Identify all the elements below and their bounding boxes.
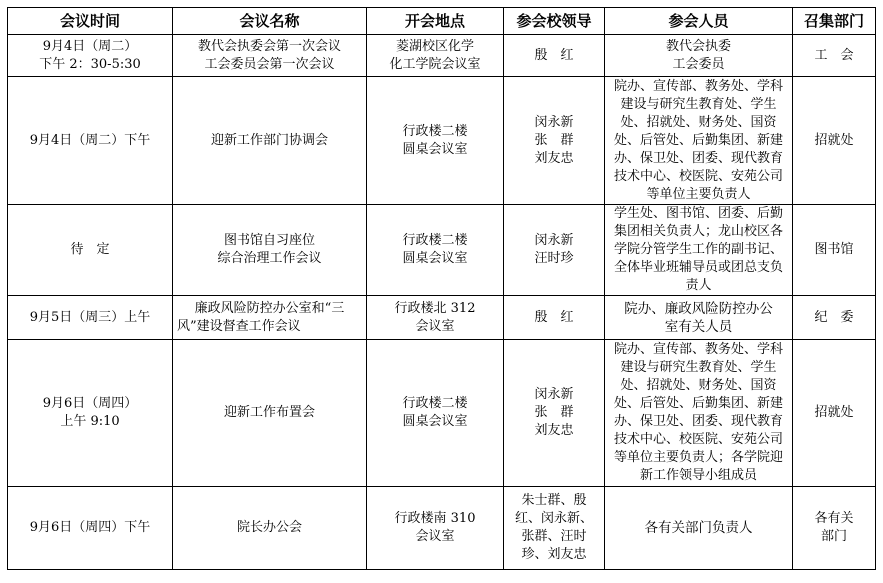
name-line: 教代会执委会第一次会议 — [177, 38, 362, 56]
location-line: 行政楼南 310 — [371, 510, 499, 528]
cell-name: 图书馆自习座位 综合治理工作会议 — [173, 205, 367, 296]
cell-leaders: 闵永新 张 群 刘友忠 — [504, 340, 605, 487]
cell-location: 菱湖校区化学 化工学院会议室 — [367, 35, 504, 77]
leaders-line: 珍、刘友忠 — [508, 546, 600, 564]
leaders-line: 汪时珍 — [508, 250, 600, 268]
leaders-line: 闵永新 — [508, 232, 600, 250]
time-line: 9月5日（周三）上午 — [12, 309, 168, 327]
cell-time: 9月6日（周四） 上午 9:10 — [8, 340, 173, 487]
cell-organizer: 招就处 — [793, 77, 876, 205]
cell-leaders: 朱士群、殷 红、闵永新、 张群、汪时 珍、刘友忠 — [504, 487, 605, 570]
cell-organizer: 纪 委 — [793, 296, 876, 340]
name-line: 综合治理工作会议 — [177, 250, 362, 268]
organizer-line: 纪 委 — [797, 309, 871, 327]
time-line: 9月6日（周四） — [12, 395, 168, 413]
time-line: 下午 2：30-5:30 — [12, 56, 168, 74]
cell-leaders: 殷 红 — [504, 296, 605, 340]
cell-time: 9月4日（周二） 下午 2：30-5:30 — [8, 35, 173, 77]
cell-location: 行政楼二楼 圆桌会议室 — [367, 340, 504, 487]
time-line: 9月4日（周二） — [12, 38, 168, 56]
location-line: 行政楼二楼 — [371, 232, 499, 250]
cell-location: 行政楼南 310 会议室 — [367, 487, 504, 570]
location-line: 圆桌会议室 — [371, 250, 499, 268]
table-row: 9月4日（周二） 下午 2：30-5:30 教代会执委会第一次会议 工会委员会第… — [8, 35, 876, 77]
leaders-line: 刘友忠 — [508, 150, 600, 168]
location-line: 圆桌会议室 — [371, 413, 499, 431]
table-row: 9月5日（周三）上午 廉政风险防控办公室和“三 风”建设督查工作会议 行政楼北 … — [8, 296, 876, 340]
header-location: 开会地点 — [367, 8, 504, 35]
organizer-line: 工 会 — [797, 47, 871, 65]
leaders-line: 张 群 — [508, 132, 600, 150]
location-line: 行政楼二楼 — [371, 123, 499, 141]
cell-time: 9月6日（周四）下午 — [8, 487, 173, 570]
cell-name: 教代会执委会第一次会议 工会委员会第一次会议 — [173, 35, 367, 77]
name-line: 院长办公会 — [177, 519, 362, 537]
attendees-text: 院办、宣传部、教务处、学科建设与研究生教育处、学生处、招就处、财务处、国资处、后… — [609, 78, 788, 204]
cell-time: 9月5日（周三）上午 — [8, 296, 173, 340]
cell-name: 迎新工作部门协调会 — [173, 77, 367, 205]
cell-organizer: 图书馆 — [793, 205, 876, 296]
location-line: 菱湖校区化学 — [371, 38, 499, 56]
leaders-line: 朱士群、殷 — [508, 492, 600, 510]
cell-leaders: 闵永新 张 群 刘友忠 — [504, 77, 605, 205]
location-line: 会议室 — [371, 318, 499, 336]
table-row: 9月6日（周四）下午 院长办公会 行政楼南 310 会议室 朱士群、殷 红、闵永… — [8, 487, 876, 570]
header-meeting-name: 会议名称 — [173, 8, 367, 35]
cell-leaders: 闵永新 汪时珍 — [504, 205, 605, 296]
attendees-text: 院办、宣传部、教务处、学科建设与研究生教育处、学生处、招就处、财务处、国资处、后… — [609, 341, 788, 485]
cell-organizer: 工 会 — [793, 35, 876, 77]
cell-time: 待 定 — [8, 205, 173, 296]
cell-name: 廉政风险防控办公室和“三 风”建设督查工作会议 — [173, 296, 367, 340]
table-row: 9月6日（周四） 上午 9:10 迎新工作布置会 行政楼二楼 圆桌会议室 闵永新… — [8, 340, 876, 487]
cell-organizer: 各有关 部门 — [793, 487, 876, 570]
name-line: 工会委员会第一次会议 — [177, 56, 362, 74]
cell-attendees: 学生处、图书馆、团委、后勤集团相关负责人；龙山校区各学院分管学生工作的副书记、全… — [605, 205, 793, 296]
header-school-leaders: 参会校领导 — [504, 8, 605, 35]
attendees-line: 各有关部门负责人 — [609, 519, 788, 537]
leaders-line: 闵永新 — [508, 386, 600, 404]
cell-attendees: 院办、宣传部、教务处、学科建设与研究生教育处、学生处、招就处、财务处、国资处、后… — [605, 77, 793, 205]
table-row: 待 定 图书馆自习座位 综合治理工作会议 行政楼二楼 圆桌会议室 闵永新 汪时珍… — [8, 205, 876, 296]
organizer-line: 部门 — [797, 528, 871, 546]
leaders-line: 张 群 — [508, 404, 600, 422]
time-line: 9月6日（周四）下午 — [12, 519, 168, 537]
leaders-line: 刘友忠 — [508, 422, 600, 440]
name-line: 风”建设督查工作会议 — [177, 318, 362, 336]
leaders-line: 红、闵永新、 — [508, 510, 600, 528]
cell-location: 行政楼北 312 会议室 — [367, 296, 504, 340]
organizer-line: 图书馆 — [797, 241, 871, 259]
cell-organizer: 招就处 — [793, 340, 876, 487]
leaders-line: 殷 红 — [508, 47, 600, 65]
attendees-line: 室有关人员 — [609, 318, 788, 336]
attendees-line: 院办、廉政风险防控办公 — [609, 300, 788, 318]
time-line: 9月4日（周二）下午 — [12, 132, 168, 150]
cell-leaders: 殷 红 — [504, 35, 605, 77]
time-line: 上午 9:10 — [12, 413, 168, 431]
cell-time: 9月4日（周二）下午 — [8, 77, 173, 205]
location-line: 行政楼二楼 — [371, 395, 499, 413]
location-line: 化工学院会议室 — [371, 56, 499, 74]
cell-location: 行政楼二楼 圆桌会议室 — [367, 77, 504, 205]
cell-name: 院长办公会 — [173, 487, 367, 570]
organizer-line: 各有关 — [797, 510, 871, 528]
header-attendees: 参会人员 — [605, 8, 793, 35]
table-row: 9月4日（周二）下午 迎新工作部门协调会 行政楼二楼 圆桌会议室 闵永新 张 群… — [8, 77, 876, 205]
name-line: 迎新工作部门协调会 — [177, 132, 362, 150]
leaders-line: 闵永新 — [508, 114, 600, 132]
table-header-row: 会议时间 会议名称 开会地点 参会校领导 参会人员 召集部门 — [8, 8, 876, 35]
cell-location: 行政楼二楼 圆桌会议室 — [367, 205, 504, 296]
attendees-line: 教代会执委 — [609, 38, 788, 56]
location-line: 圆桌会议室 — [371, 141, 499, 159]
cell-attendees: 院办、宣传部、教务处、学科建设与研究生教育处、学生处、招就处、财务处、国资处、后… — [605, 340, 793, 487]
time-line: 待 定 — [12, 241, 168, 259]
cell-attendees: 教代会执委 工会委员 — [605, 35, 793, 77]
name-line: 图书馆自习座位 — [177, 232, 362, 250]
attendees-line: 工会委员 — [609, 56, 788, 74]
cell-attendees: 院办、廉政风险防控办公 室有关人员 — [605, 296, 793, 340]
attendees-text: 学生处、图书馆、团委、后勤集团相关负责人；龙山校区各学院分管学生工作的副书记、全… — [609, 205, 788, 295]
location-line: 会议室 — [371, 528, 499, 546]
meeting-schedule-table: 会议时间 会议名称 开会地点 参会校领导 参会人员 召集部门 9月4日（周二） … — [7, 7, 876, 570]
header-meeting-time: 会议时间 — [8, 8, 173, 35]
organizer-line: 招就处 — [797, 404, 871, 422]
header-organizer: 召集部门 — [793, 8, 876, 35]
cell-attendees: 各有关部门负责人 — [605, 487, 793, 570]
leaders-line: 张群、汪时 — [508, 528, 600, 546]
organizer-line: 招就处 — [797, 132, 871, 150]
cell-name: 迎新工作布置会 — [173, 340, 367, 487]
name-line: 迎新工作布置会 — [177, 404, 362, 422]
location-line: 行政楼北 312 — [371, 300, 499, 318]
leaders-line: 殷 红 — [508, 309, 600, 327]
name-line: 廉政风险防控办公室和“三 — [177, 300, 362, 318]
